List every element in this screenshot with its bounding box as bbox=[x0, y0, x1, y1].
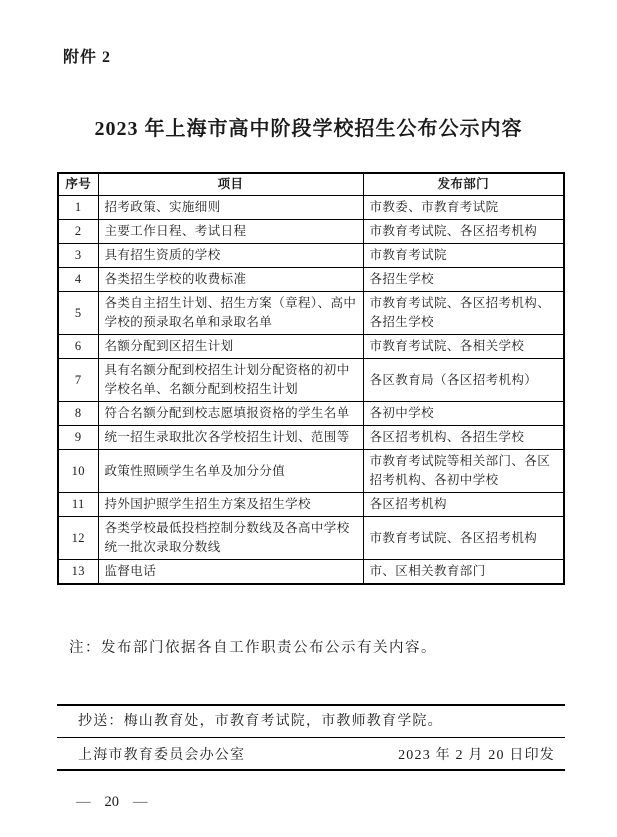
table-row: 2 主要工作日程、考试日程 市教育考试院、各区招考机构 bbox=[58, 220, 564, 244]
row-dept: 市教育考试院、各区招考机构 bbox=[363, 220, 564, 244]
row-item: 名额分配到区招生计划 bbox=[98, 335, 363, 359]
table-row: 13 监督电话 市、区相关教育部门 bbox=[58, 560, 564, 585]
table-row: 12 各类学校最低投档控制分数线及各高中学校统一批次录取分数线 市教育考试院、各… bbox=[58, 517, 564, 560]
table-row: 7 具有名额分配到校招生计划分配资格的初中学校名单、名额分配到校招生计划 各区教… bbox=[58, 359, 564, 402]
header-dept: 发布部门 bbox=[363, 173, 564, 196]
page-number: — 20 — bbox=[76, 794, 148, 811]
row-dept: 市教育考试院 bbox=[363, 244, 564, 268]
row-dept: 市教育考试院、各相关学校 bbox=[363, 335, 564, 359]
table-row: 10 政策性照顾学生名单及加分分值 市教育考试院等相关部门、各区招考机构、各初中… bbox=[58, 450, 564, 493]
row-item: 监督电话 bbox=[98, 560, 363, 585]
row-item: 统一招生录取批次各学校招生计划、范围等 bbox=[98, 426, 363, 450]
row-seq: 13 bbox=[58, 560, 98, 585]
row-seq: 6 bbox=[58, 335, 98, 359]
row-seq: 9 bbox=[58, 426, 98, 450]
header-seq: 序号 bbox=[58, 173, 98, 196]
row-seq: 7 bbox=[58, 359, 98, 402]
table-row: 4 各类招生学校的收费标准 各招生学校 bbox=[58, 268, 564, 292]
row-item: 持外国护照学生招生方案及招生学校 bbox=[98, 493, 363, 517]
table-row: 1 招考政策、实施细则 市教委、市教育考试院 bbox=[58, 196, 564, 220]
page-number-value: 20 bbox=[105, 794, 120, 811]
row-dept: 各招生学校 bbox=[363, 268, 564, 292]
row-seq: 5 bbox=[58, 292, 98, 335]
row-dept: 市教委、市教育考试院 bbox=[363, 196, 564, 220]
table-row: 9 统一招生录取批次各学校招生计划、范围等 各区招考机构、各招生学校 bbox=[58, 426, 564, 450]
table-row: 11 持外国护照学生招生方案及招生学校 各区招考机构 bbox=[58, 493, 564, 517]
row-item: 各类招生学校的收费标准 bbox=[98, 268, 363, 292]
header-item: 项目 bbox=[98, 173, 363, 196]
table-row: 5 各类自主招生计划、招生方案（章程）、高中学校的预录取名单和录取名单 市教育考… bbox=[58, 292, 564, 335]
page-number-dash-right: — bbox=[133, 794, 148, 811]
row-item: 各类学校最低投档控制分数线及各高中学校统一批次录取分数线 bbox=[98, 517, 363, 560]
row-dept: 各区教育局（各区招考机构） bbox=[363, 359, 564, 402]
row-seq: 4 bbox=[58, 268, 98, 292]
footer-rule-bottom bbox=[57, 769, 565, 771]
table-header-row: 序号 项目 发布部门 bbox=[58, 173, 564, 196]
table-row: 6 名额分配到区招生计划 市教育考试院、各相关学校 bbox=[58, 335, 564, 359]
publication-table: 序号 项目 发布部门 1 招考政策、实施细则 市教委、市教育考试院 2 主要工作… bbox=[57, 172, 565, 585]
row-dept: 市、区相关教育部门 bbox=[363, 560, 564, 585]
attachment-label: 附件 2 bbox=[63, 44, 111, 67]
row-seq: 10 bbox=[58, 450, 98, 493]
row-seq: 1 bbox=[58, 196, 98, 220]
print-date: 2023 年 2 月 20 日印发 bbox=[398, 744, 555, 764]
page-title: 2023 年上海市高中阶段学校招生公布公示内容 bbox=[0, 112, 617, 141]
row-seq: 2 bbox=[58, 220, 98, 244]
row-dept: 市教育考试院、各区招考机构 bbox=[363, 517, 564, 560]
row-dept: 市教育考试院等相关部门、各区招考机构、各初中学校 bbox=[363, 450, 564, 493]
row-item: 各类自主招生计划、招生方案（章程）、高中学校的预录取名单和录取名单 bbox=[98, 292, 363, 335]
row-dept: 各初中学校 bbox=[363, 402, 564, 426]
row-item: 招考政策、实施细则 bbox=[98, 196, 363, 220]
page-number-dash-left: — bbox=[76, 794, 91, 811]
table-row: 3 具有招生资质的学校 市教育考试院 bbox=[58, 244, 564, 268]
footer-rule-middle bbox=[57, 737, 565, 738]
cc-line: 抄送：梅山教育处，市教育考试院，市教师教育学院。 bbox=[78, 710, 443, 730]
row-item: 符合名额分配到校志愿填报资格的学生名单 bbox=[98, 402, 363, 426]
row-seq: 3 bbox=[58, 244, 98, 268]
table-row: 8 符合名额分配到校志愿填报资格的学生名单 各初中学校 bbox=[58, 402, 564, 426]
row-item: 具有名额分配到校招生计划分配资格的初中学校名单、名额分配到校招生计划 bbox=[98, 359, 363, 402]
row-seq: 8 bbox=[58, 402, 98, 426]
row-dept: 市教育考试院、各区招考机构、各招生学校 bbox=[363, 292, 564, 335]
row-item: 具有招生资质的学校 bbox=[98, 244, 363, 268]
row-item: 政策性照顾学生名单及加分分值 bbox=[98, 450, 363, 493]
row-dept: 各区招考机构 bbox=[363, 493, 564, 517]
issuing-office: 上海市教育委员会办公室 bbox=[78, 744, 245, 764]
issue-row: 上海市教育委员会办公室 2023 年 2 月 20 日印发 bbox=[78, 744, 555, 764]
note-text: 注：发布部门依据各自工作职责公布公示有关内容。 bbox=[69, 636, 437, 657]
row-seq: 11 bbox=[58, 493, 98, 517]
footer-rule-top bbox=[57, 704, 565, 706]
row-item: 主要工作日程、考试日程 bbox=[98, 220, 363, 244]
row-dept: 各区招考机构、各招生学校 bbox=[363, 426, 564, 450]
row-seq: 12 bbox=[58, 517, 98, 560]
document-page: 附件 2 2023 年上海市高中阶段学校招生公布公示内容 序号 项目 发布部门 … bbox=[0, 0, 617, 837]
